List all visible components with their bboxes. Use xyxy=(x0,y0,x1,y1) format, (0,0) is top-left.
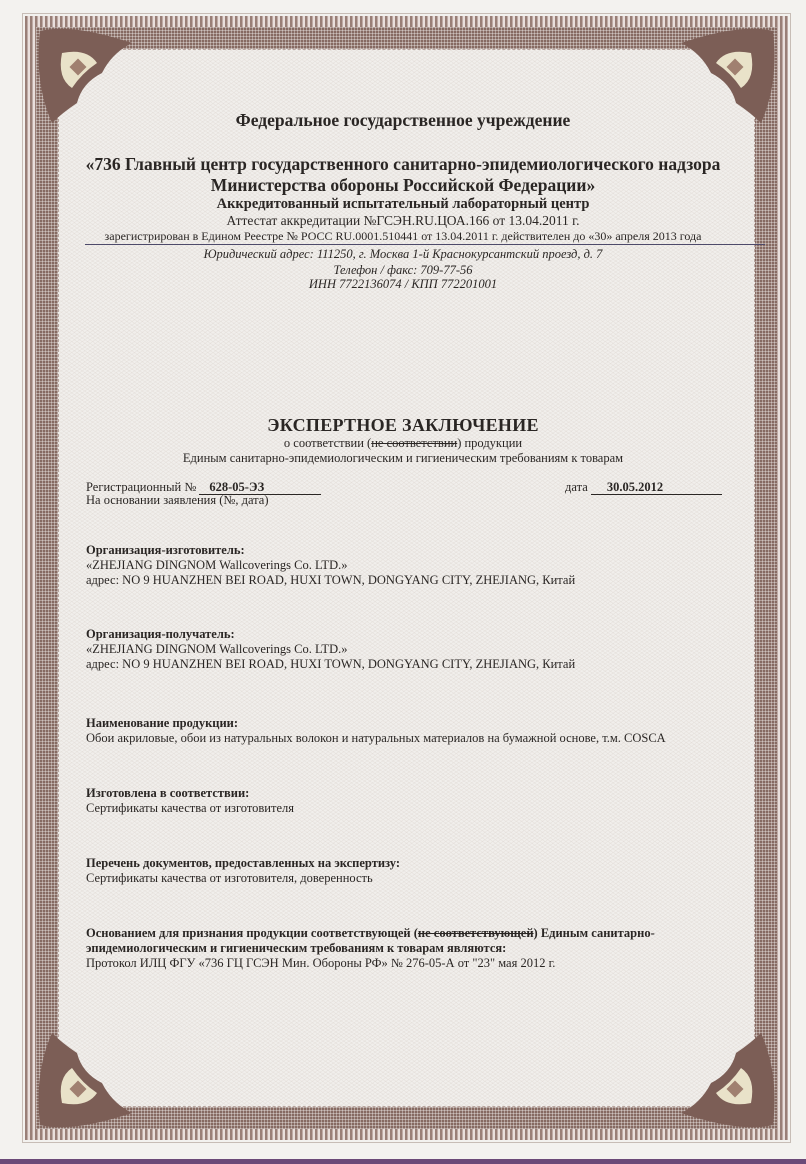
section-product: Наименование продукции: Обои акриловые, … xyxy=(86,716,666,746)
reg-label: Регистрационный № xyxy=(86,480,196,494)
recipient-name: «ZHEJIANG DINGNOM Wallcoverings Co. LTD.… xyxy=(86,642,575,657)
document-subtitle-2: Единым санитарно-эпидемиологическим и ги… xyxy=(0,451,806,466)
section-documents: Перечень документов, предоставленных на … xyxy=(86,856,400,886)
section-heading-line2: эпидемиологическим и гигиеническим требо… xyxy=(86,941,655,956)
section-heading: Организация-получатель: xyxy=(86,627,575,642)
subtitle-pre: о соответствии ( xyxy=(284,436,371,450)
inn-kpp: ИНН 7722136074 / КПП 772201001 xyxy=(0,277,806,292)
section-heading: Основанием для признания продукции соотв… xyxy=(86,926,655,941)
corner-ornament-icon xyxy=(32,1023,142,1133)
product-name: Обои акриловые, обои из натуральных воло… xyxy=(86,731,666,746)
phone-fax: Телефон / факс: 709-77-56 xyxy=(0,263,806,278)
section-heading: Наименование продукции: xyxy=(86,716,666,731)
corner-ornament-icon xyxy=(671,1023,781,1133)
date-value: 30.05.2012 xyxy=(591,481,722,495)
section-heading: Организация-изготовитель: xyxy=(86,543,575,558)
section-heading: Изготовлена в соответствии: xyxy=(86,786,294,801)
subtitle-struck: не соответствии xyxy=(371,436,457,450)
recipient-address: адрес: NO 9 HUANZHEN BEI ROAD, HUXI TOWN… xyxy=(86,657,575,672)
application-basis: На основании заявления (№, дата) xyxy=(86,493,269,508)
documents-text: Сертификаты качества от изготовителя, до… xyxy=(86,871,400,886)
manufacturer-name: «ZHEJIANG DINGNOM Wallcoverings Co. LTD.… xyxy=(86,558,575,573)
registry-info: зарегистрирован в Едином Реестре № РОСС … xyxy=(0,229,806,244)
org-name-line1: «736 Главный центр государственного сани… xyxy=(0,154,806,175)
subtitle-post: ) продукции xyxy=(457,436,522,450)
document-date: дата 30.05.2012 xyxy=(565,480,722,495)
lab-name: Аккредитованный испытательный лабораторн… xyxy=(0,196,806,213)
org-name-line2: Министерства обороны Российской Федераци… xyxy=(0,175,806,196)
org-type: Федеральное государственное учреждение xyxy=(0,110,806,131)
section-heading: Перечень документов, предоставленных на … xyxy=(86,856,400,871)
document-subtitle: о соответствии (не соответствии) продукц… xyxy=(0,436,806,451)
grounds-post: ) Единым санитарно- xyxy=(534,926,655,940)
made-per-text: Сертификаты качества от изготовителя xyxy=(86,801,294,816)
section-made-per: Изготовлена в соответствии: Сертификаты … xyxy=(86,786,294,816)
section-recipient: Организация-получатель: «ZHEJIANG DINGNO… xyxy=(86,627,575,672)
accreditation: Аттестат аккредитации №ГСЭН.RU.ЦОА.166 о… xyxy=(0,213,806,229)
grounds-struck: не соответствующей xyxy=(418,926,534,940)
document-title: ЭКСПЕРТНОЕ ЗАКЛЮЧЕНИЕ xyxy=(0,415,806,436)
grounds-text: Протокол ИЛЦ ФГУ «736 ГЦ ГСЭН Мин. Оборо… xyxy=(86,956,655,971)
header-divider xyxy=(85,244,765,245)
legal-address: Юридический адрес: 111250, г. Москва 1-й… xyxy=(0,247,806,262)
manufacturer-address: адрес: NO 9 HUANZHEN BEI ROAD, HUXI TOWN… xyxy=(86,573,575,588)
scan-edge xyxy=(0,1159,806,1164)
grounds-pre: Основанием для признания продукции соотв… xyxy=(86,926,418,940)
date-label: дата xyxy=(565,480,588,494)
section-grounds: Основанием для признания продукции соотв… xyxy=(86,926,655,971)
section-manufacturer: Организация-изготовитель: «ZHEJIANG DING… xyxy=(86,543,575,588)
